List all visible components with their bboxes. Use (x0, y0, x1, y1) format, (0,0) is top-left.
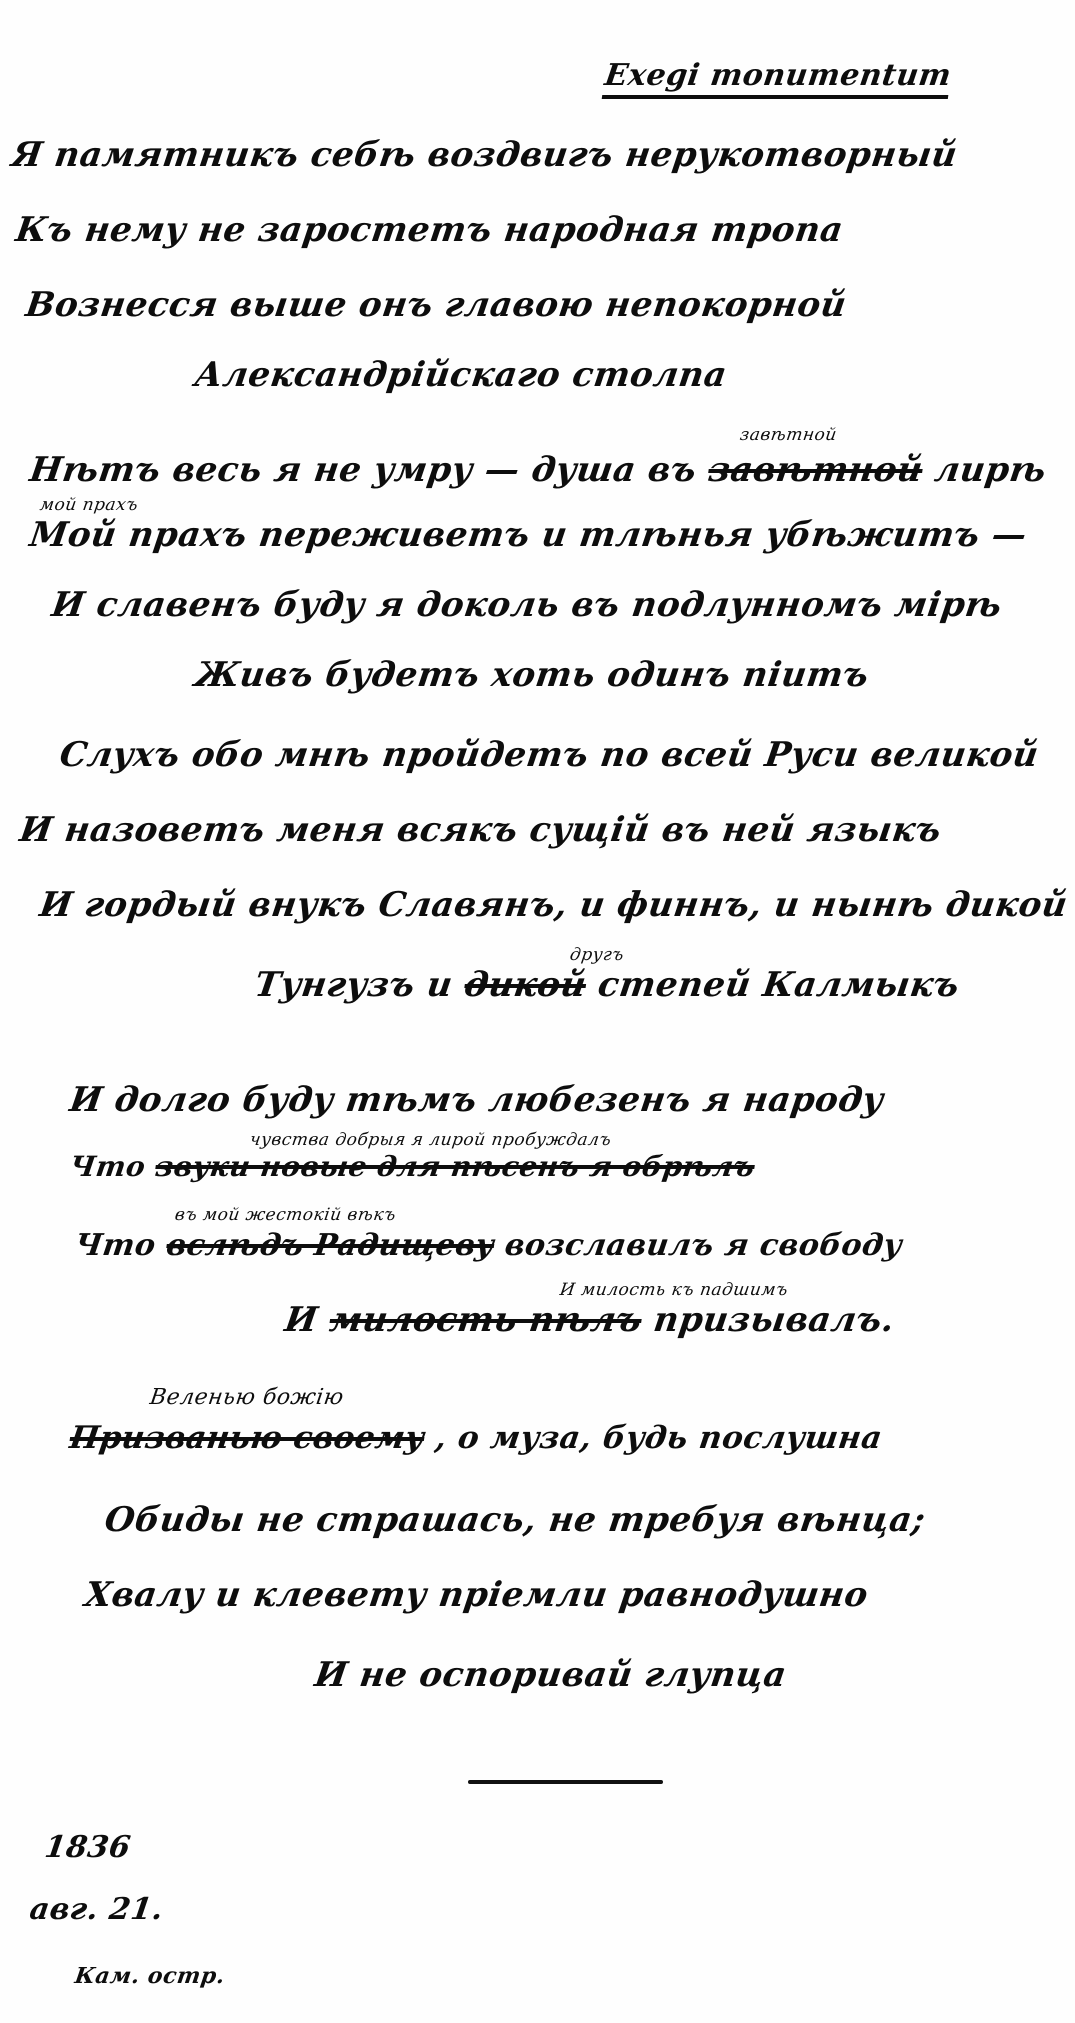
stanza1-line3: Вознесся выше онъ главою непокорной (23, 285, 849, 325)
stanza4-line4-text: И (282, 1300, 320, 1340)
stanza4-line4: И милость пѣлъ призывалъ. (282, 1300, 897, 1340)
stanza2-line1-struck: завѣтной (706, 450, 926, 490)
stanza3-line4: Тунгузъ и дикой степей Калмыкъ (252, 965, 962, 1005)
stanza2-line4: Живъ будетъ хоть одинъ піитъ (192, 655, 871, 695)
stanza4-line3: Что вслѣдъ Радищеву возславилъ я свободу (73, 1228, 905, 1263)
stanza3-line4-struck: дикой (462, 965, 589, 1005)
stanza5-line2: Обиды не страшась, не требуя вѣнца; (102, 1500, 928, 1540)
stanza3-line2: И назоветъ меня всякъ сущій въ ней языкъ (17, 810, 944, 850)
footer-date: авг. 21. (28, 1892, 166, 1927)
footer-year: 1836 (43, 1830, 133, 1865)
stanza5-line1-text: , о муза, будь послушна (433, 1420, 885, 1456)
stanza5-line3: Хвалу и клевету пріемли равнодушно (82, 1575, 870, 1615)
stanza1-line2: Къ нему не заростетъ народная тропа (13, 210, 846, 250)
stanza2-line1-insertion: завѣтной (739, 425, 839, 445)
stanza5-line1: Призванью своему , о муза, будь послушна (67, 1420, 884, 1456)
stanza5-line1-insertion: Веленью божію (148, 1385, 345, 1410)
stanza4-line3-struck: вслѣдъ Радищеву (164, 1228, 496, 1263)
stanza4-line2: Что звуки новые для пѣсенъ я обрѣлъ (68, 1150, 757, 1183)
stanza3-line4-insertion: другъ (569, 945, 626, 965)
stanza4-line2-text: Что (68, 1150, 148, 1183)
stanza4-line4-insertion: И милость къ падшимъ (559, 1280, 790, 1300)
stanza3-line1: Слухъ обо мнѣ пройдетъ по всей Руси вели… (57, 735, 1041, 775)
stanza4-line3-text: Что (73, 1228, 159, 1263)
stanza5-line1-struck: Призванью своему (67, 1420, 426, 1456)
closing-rule (468, 1780, 663, 1784)
stanza4-line4-struck: милость пѣлъ (327, 1300, 644, 1340)
manuscript-title: Exegi monumentum (603, 58, 954, 93)
stanza2-line2: Мой прахъ переживетъ и тлѣнья убѣжитъ — (27, 515, 1029, 555)
stanza4-line2-insertion: чувства добрыя я лирой пробуждалъ (249, 1130, 613, 1150)
stanza3-line3: И гордый внукъ Славянъ, и финнъ, и нынѣ … (37, 885, 1070, 925)
stanza3-line4-text: Тунгузъ и (252, 965, 455, 1005)
manuscript-page: Exegi monumentum Я памятникъ себѣ воздви… (0, 0, 1075, 2023)
stanza4-line3-insertion: въ мой жестокій вѣкъ (174, 1205, 398, 1225)
stanza5-line4: И не оспоривай глупца (312, 1655, 789, 1695)
stanza4-line4-tail: призывалъ. (651, 1300, 897, 1340)
stanza4-line1: И долго буду тѣмъ любезенъ я народу (67, 1080, 886, 1120)
footer-place: Кам. остр. (73, 1963, 227, 1989)
stanza2-line2-insertion: мой прахъ (39, 495, 140, 515)
stanza2-line3: И славенъ буду я доколь въ подлунномъ мі… (49, 585, 1004, 625)
stanza4-line3-tail: возславилъ я свободу (503, 1228, 905, 1263)
stanza3-line4-tail: степей Калмыкъ (596, 965, 962, 1005)
stanza4-line2-struck: звуки новые для пѣсенъ я обрѣлъ (153, 1150, 757, 1183)
stanza2-line1-tail: лирѣ (932, 450, 1049, 490)
stanza1-line1: Я памятникъ себѣ воздвигъ нерукотворный (9, 135, 960, 175)
stanza1-line4: Александрійскаго столпа (192, 355, 729, 395)
stanza2-line1: Нѣтъ весь я не умру — душа въ завѣтной л… (27, 450, 1049, 490)
stanza2-line1-text: Нѣтъ весь я не умру — душа въ (27, 450, 699, 490)
